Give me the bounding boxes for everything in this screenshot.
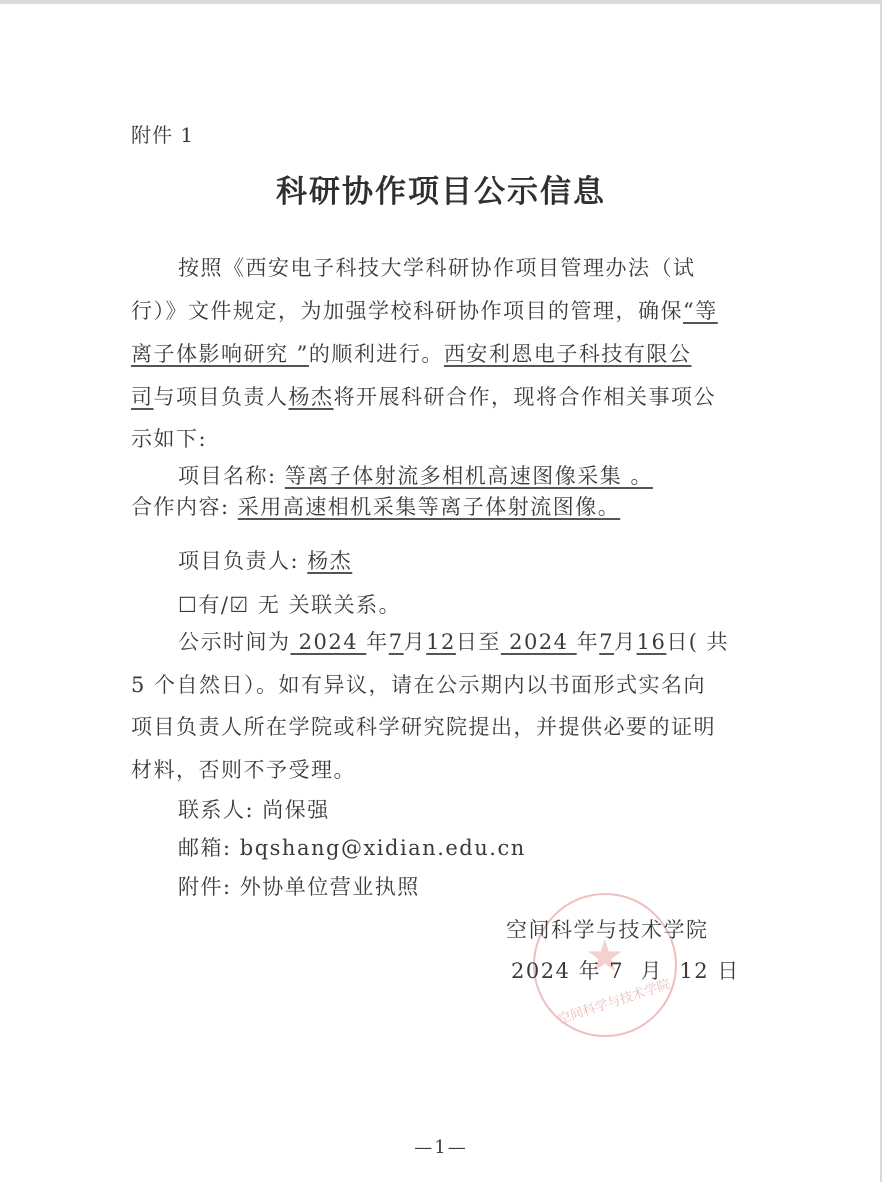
start-day: 12 [426, 630, 456, 654]
paragraph-line-5: 示如下: [131, 425, 207, 453]
paragraph-line-2: 行）》文件规定，为加强学校科研协作项目的管理，确保“等 [131, 297, 718, 325]
text: 日至 [456, 630, 501, 654]
signature-org: 空间科学与技术学院 [506, 916, 709, 944]
project-title-start: “等 [683, 299, 718, 323]
paragraph-line-4: 司与项目负责人杨杰将开展科研合作，现将合作相关事项公 [131, 383, 716, 411]
project-leader-value: 杨杰 [307, 549, 352, 573]
text: 行）》文件规定，为加强学校科研协作项目的管理，确保 [131, 299, 683, 323]
attachment-row-label: 附件: [178, 875, 232, 899]
text: 将开展科研合作，现将合作相关事项公 [334, 385, 717, 409]
cooperation-content-value: 采用高速相机采集等离子体射流图像。 [238, 495, 621, 519]
relation-checkbox-text: ☐有/☑ 无 关联关系。 [178, 593, 401, 617]
email-label: 邮箱: [178, 836, 232, 860]
paragraph-line-1: 按照《西安电子科技大学科研协作项目管理办法（试 [178, 254, 696, 282]
page-title: 科研协作项目公示信息 [0, 178, 882, 206]
contact-person-label: 联系人: [178, 798, 254, 822]
text: 的顺利进行。 [309, 342, 444, 366]
attachment-row: 附件: 外协单位营业执照 [178, 873, 420, 901]
text: 年 [577, 630, 600, 654]
end-year: 2024 [501, 630, 577, 654]
contact-person-value: 尚保强 [262, 798, 330, 822]
text: 年 [366, 630, 389, 654]
cooperation-content-row: 合作内容: 采用高速相机采集等离子体射流图像。 [131, 493, 620, 521]
notice-line-4: 材料，否则不予受理。 [131, 756, 356, 784]
email-row: 邮箱: bqshang@xidian.edu.cn [178, 834, 526, 862]
relation-row: ☐有/☑ 无 关联关系。 [178, 591, 401, 619]
email-value: bqshang@xidian.edu.cn [240, 836, 526, 860]
contact-person-row: 联系人: 尚保强 [178, 796, 330, 824]
project-name-label: 项目名称: [178, 464, 277, 488]
partner-company-end: 司 [131, 385, 154, 409]
project-leader-label: 项目负责人: [178, 549, 299, 573]
top-border [0, 0, 882, 4]
text: 月 [404, 630, 427, 654]
text: 日( 共 [666, 630, 729, 654]
start-month: 7 [389, 630, 404, 654]
project-leader-row: 项目负责人: 杨杰 [178, 547, 352, 575]
text: 按照《西安电子科技大学科研协作项目管理办法（试 [178, 256, 696, 280]
attachment-label: 附件 1 [131, 121, 194, 149]
leader-name: 杨杰 [289, 385, 334, 409]
page-number: —1— [0, 1134, 882, 1162]
project-title-end: 离子体影响研究 ” [131, 342, 309, 366]
notice-line-3: 项目负责人所在学院或科学研究院提出，并提供必要的证明 [131, 713, 716, 741]
partner-company: 西安利恩电子科技有限公 [444, 342, 692, 366]
attachment-row-value: 外协单位营业执照 [240, 875, 420, 899]
paragraph-line-3: 离子体影响研究 ”的顺利进行。西安利恩电子科技有限公 [131, 340, 691, 368]
project-name-row: 项目名称: 等离子体射流多相机高速图像采集 。 [178, 462, 653, 490]
text: 月 [614, 630, 637, 654]
start-year: 2024 [291, 630, 367, 654]
cooperation-content-label: 合作内容: [131, 495, 230, 519]
text: 公示时间为 [178, 630, 291, 654]
notice-line-2: 5 个自然日）。如有异议，请在公示期内以书面形式实名向 [131, 671, 706, 699]
notice-line-1: 公示时间为 2024 年7月12日至 2024 年7月16日( 共 [178, 628, 729, 656]
end-month: 7 [599, 630, 614, 654]
signature-date: 2024 年 7 月 12 日 [511, 957, 740, 985]
text: 示如下: [131, 427, 207, 451]
end-day: 16 [637, 630, 667, 654]
project-name-value: 等离子体射流多相机高速图像采集 。 [285, 464, 653, 488]
text: 与项目负责人 [154, 385, 289, 409]
